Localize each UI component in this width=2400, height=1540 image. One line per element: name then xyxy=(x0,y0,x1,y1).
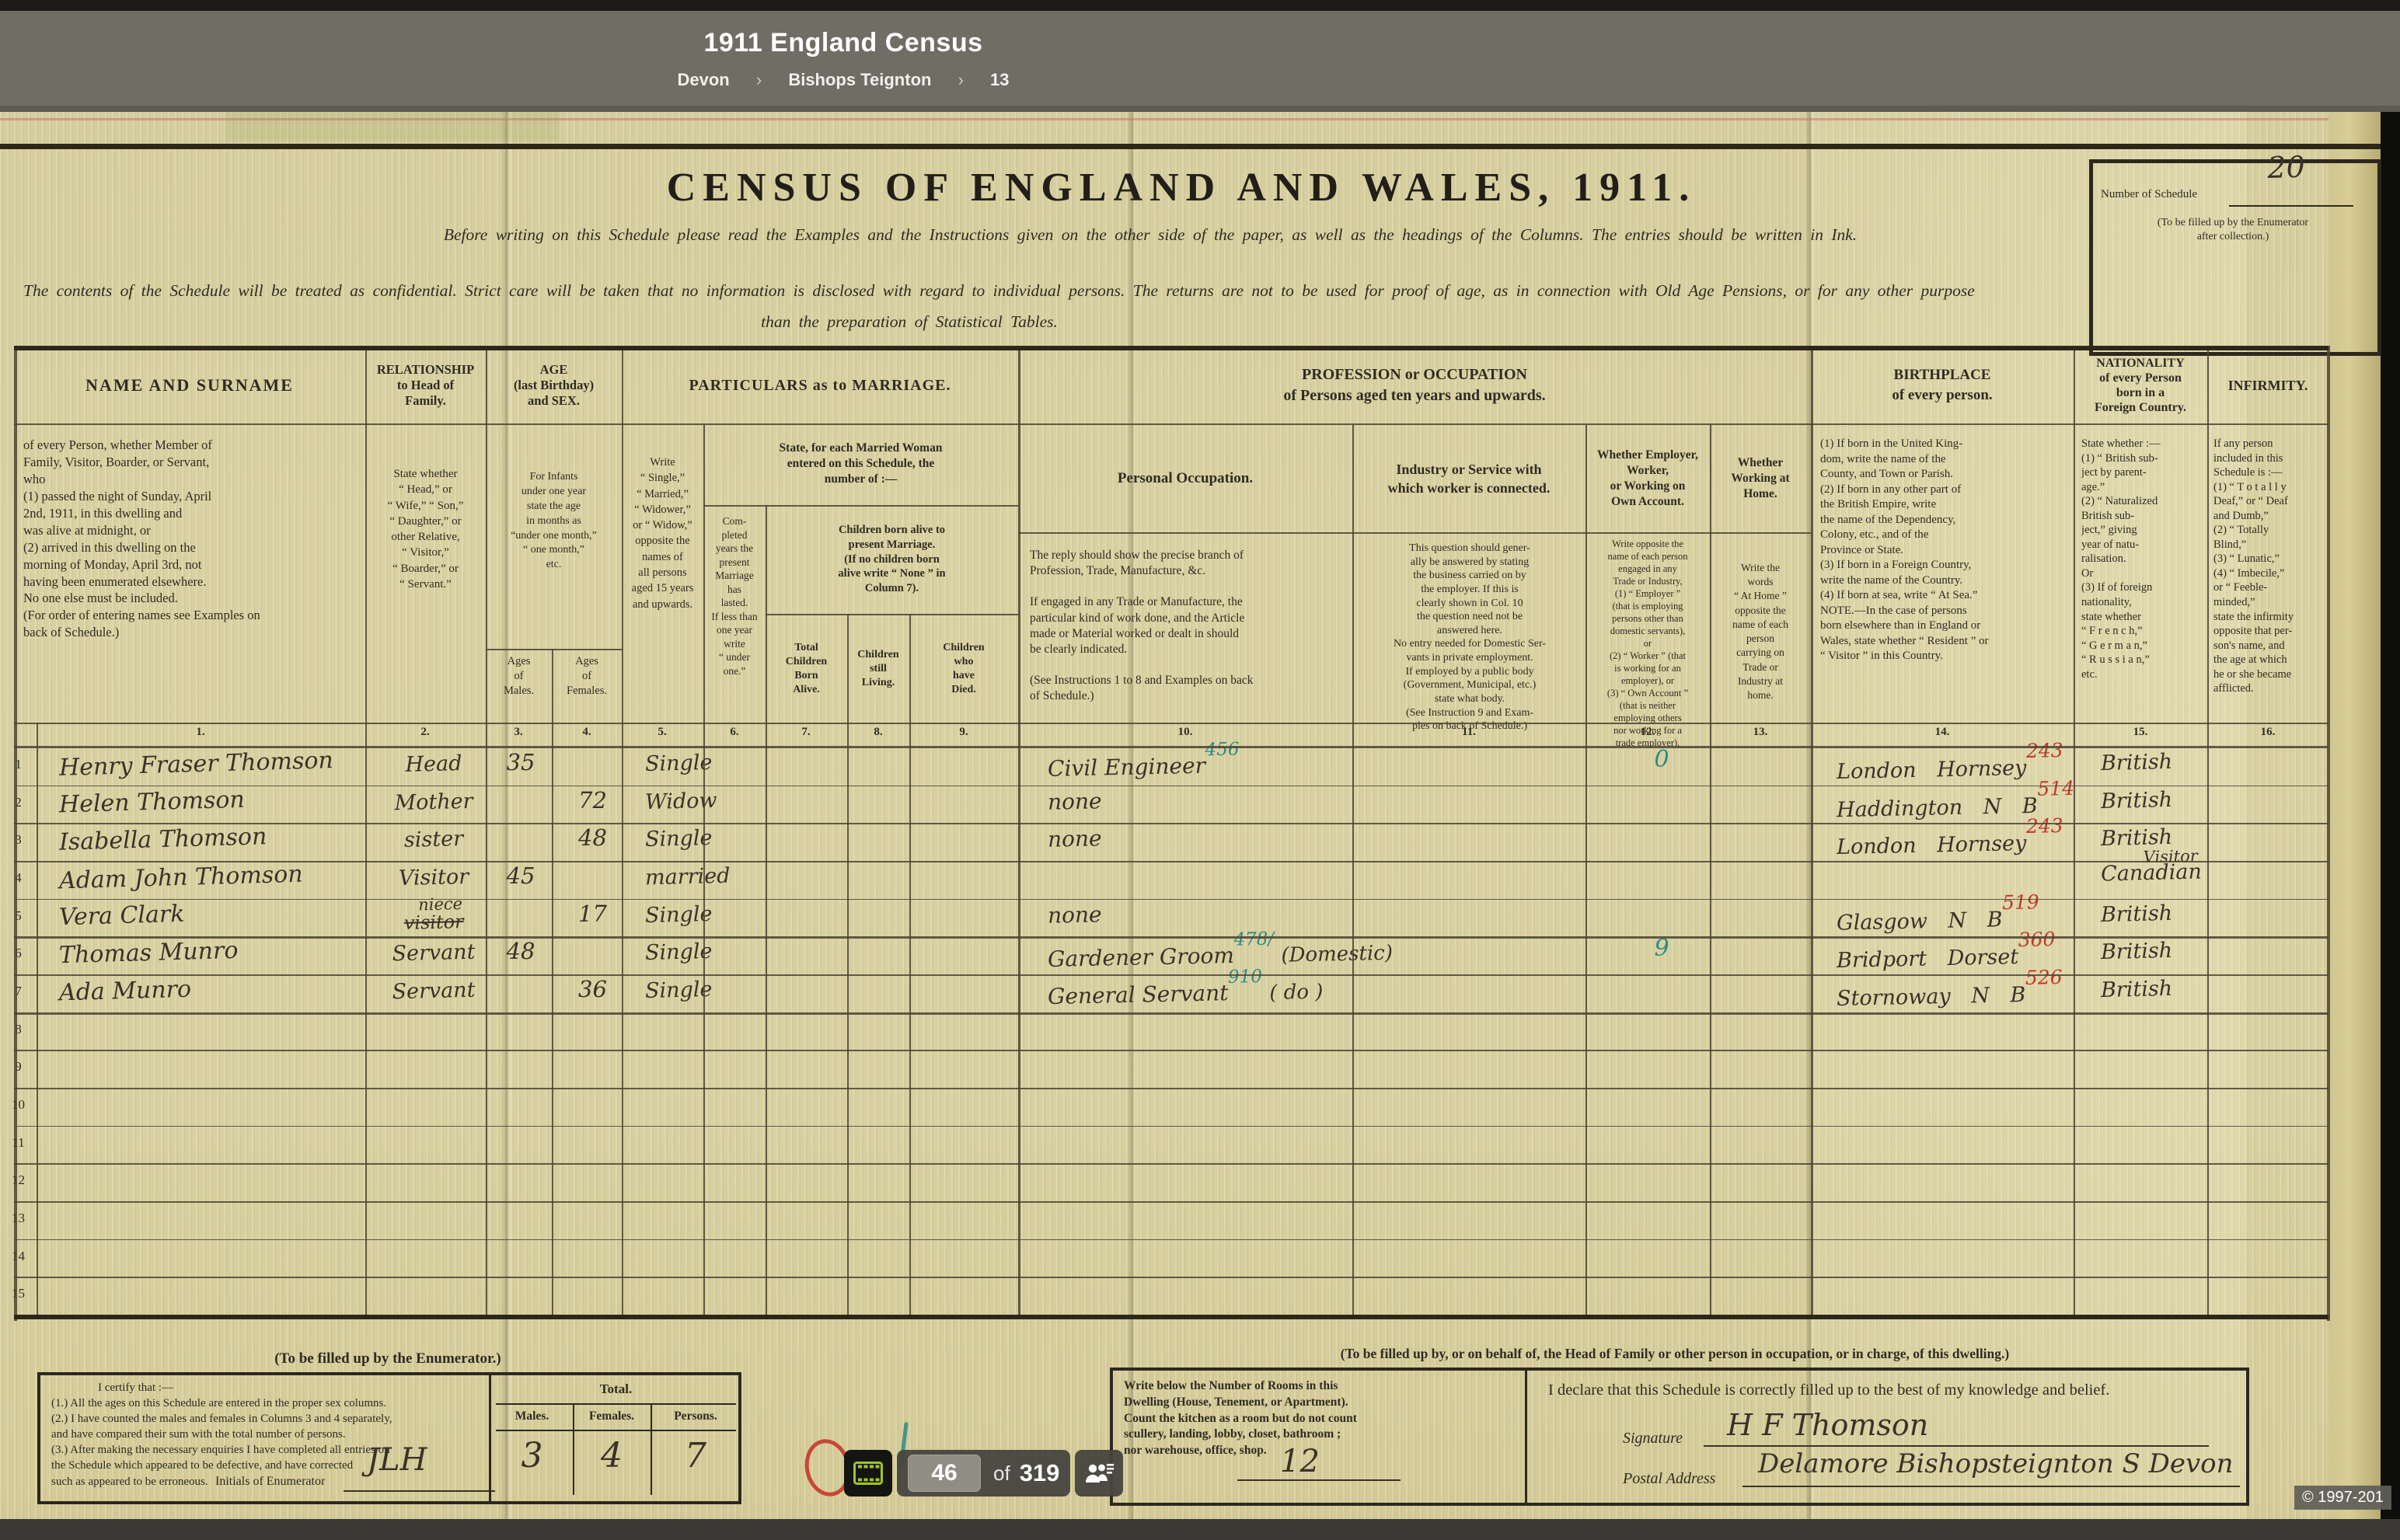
grid-line xyxy=(365,346,367,1315)
grid-line xyxy=(14,974,2328,976)
cell-occupation: Civil Engineer456 xyxy=(1048,748,1240,781)
row-number: 15 xyxy=(0,1286,37,1301)
table-row: 6Thomas MunroServant48SingleGardener Gro… xyxy=(14,938,2328,976)
schedule-number-box: Number of Schedule 20 (To be filled up b… xyxy=(2089,159,2381,356)
cell-relationship: Servant xyxy=(375,939,493,967)
scan-background-edge xyxy=(2381,101,2400,1540)
row-number: 13 xyxy=(0,1211,37,1226)
grid-line xyxy=(14,1315,2328,1319)
cell-name: Adam John Thomson xyxy=(59,861,303,895)
declaration-box-title: (To be filled up by, or on behalf of, th… xyxy=(1108,1346,2242,1362)
cell-relationship: Head xyxy=(375,751,493,778)
column-number: 1. xyxy=(169,726,232,739)
breadcrumb-parish[interactable]: Bishops Teignton xyxy=(788,70,931,89)
col-desc-industry: This question should gener- ally be answ… xyxy=(1359,542,1581,733)
column-number: 2. xyxy=(394,726,456,739)
column-number: 7. xyxy=(775,726,837,739)
rooms-text: Write below the Number of Rooms in this … xyxy=(1124,1378,1516,1459)
cell-occupation: none xyxy=(1048,788,1102,814)
cell-name: Henry Fraser Thomson xyxy=(59,747,334,782)
row-number: 9 xyxy=(0,1059,37,1075)
cell-birthplace: Glasgow N B519 xyxy=(1837,900,2040,935)
cell-birthplace: Bridport Dorset360 xyxy=(1837,937,2056,973)
certify-item-2: (2.) I have counted the males and female… xyxy=(51,1411,487,1442)
cell-age-males: 45 xyxy=(486,862,556,889)
column-number: 6. xyxy=(703,726,766,739)
cell-name: Thomas Munro xyxy=(59,937,239,969)
col-subhead-at-home: Whether Working at Home. xyxy=(1710,425,1811,532)
cell-employer-status: 9 xyxy=(1615,935,1708,962)
cell-nationality: British xyxy=(2101,901,2173,927)
grid-line xyxy=(486,649,622,650)
grid-line xyxy=(2074,346,2075,1315)
cell-name: Isabella Thomson xyxy=(59,824,267,856)
grid-line xyxy=(1710,425,1711,1315)
col-desc-children-born: Total Children Born Alive. xyxy=(766,615,847,723)
cell-occupation: none xyxy=(1048,826,1102,852)
people-index-icon xyxy=(1083,1461,1115,1486)
viewer-bottom-bar xyxy=(0,1519,2400,1540)
copyright-notice: © 1997-201 xyxy=(2294,1486,2391,1510)
col-header-particulars: PARTICULARS as to MARRIAGE. xyxy=(622,347,1018,423)
app-header: 1911 England Census Devon › Bishops Teig… xyxy=(0,0,2400,112)
page-navigator: of 319 xyxy=(897,1450,1070,1496)
cell-name: Ada Munro xyxy=(59,976,192,1007)
grid-line xyxy=(14,786,2328,787)
grid-line xyxy=(703,425,705,1315)
table-row: 4Adam John ThomsonVisitor45marriedVisito… xyxy=(14,862,2328,901)
census-document-image[interactable]: CENSUS OF ENGLAND AND WALES, 1911. Befor… xyxy=(0,101,2400,1540)
grid-line xyxy=(14,1012,2328,1015)
col-header-birthplace: BIRTHPLACE of every person. xyxy=(1811,347,2074,423)
col-header-age: AGE (last Birthday) and SEX. xyxy=(486,347,622,423)
table-row: 13 xyxy=(14,1203,2328,1241)
schedule-number-value: 20 xyxy=(2267,150,2306,185)
breadcrumb: Devon › Bishops Teignton › 13 xyxy=(0,70,1687,90)
table-row: 9 xyxy=(14,1051,2328,1089)
row-number: 6 xyxy=(0,946,37,961)
grid-line xyxy=(14,346,17,1321)
grid-line xyxy=(1352,425,1354,1315)
total-males-value: 3 xyxy=(491,1436,573,1476)
grid-line xyxy=(14,723,2328,724)
signature-value: H F Thomson xyxy=(1727,1408,1928,1442)
of-label: of xyxy=(993,1462,1010,1486)
row-number: 8 xyxy=(0,1022,37,1037)
breadcrumb-separator-icon: › xyxy=(958,70,964,89)
table-row: 2Helen ThomsonMother72WidownoneHaddingto… xyxy=(14,787,2328,825)
cell-age-females: 72 xyxy=(556,787,630,814)
cell-relationship: sister xyxy=(375,826,493,853)
grid-line xyxy=(2207,346,2209,1315)
cell-birthplace: London Hornsey243 xyxy=(1837,748,2064,784)
col-desc-ages-females: Ages of Females. xyxy=(552,654,622,699)
grid-line xyxy=(14,1126,2328,1127)
grid-line xyxy=(14,861,2328,862)
table-row: 11 xyxy=(14,1127,2328,1165)
column-number: 16. xyxy=(2237,726,2299,739)
column-number: 14. xyxy=(1911,726,1973,739)
col-desc-occupation: The reply should show the precise branch… xyxy=(1030,548,1345,704)
grid-line xyxy=(14,1050,2328,1051)
cell-marital-status: Single xyxy=(645,751,713,776)
cell-age-females: 36 xyxy=(556,976,630,1002)
page-title: 1911 England Census xyxy=(0,28,1687,58)
row-number: 11 xyxy=(0,1135,37,1151)
cell-birthplace: Stornoway N B526 xyxy=(1837,975,2063,1011)
column-number: 11. xyxy=(1438,726,1500,739)
form-instruction-1: Before writing on this Schedule please r… xyxy=(47,225,2254,245)
grid-line xyxy=(766,505,767,1315)
grid-line xyxy=(14,1163,2328,1165)
schedule-number-line xyxy=(2229,185,2353,207)
certify-intro: I certify that :— xyxy=(51,1380,487,1395)
col-desc-employer: Write opposite the name of each person e… xyxy=(1589,538,1707,749)
schedule-number-note: (To be filled up by the Enumerator after… xyxy=(2098,216,2368,244)
grid-line xyxy=(486,346,487,1315)
total-pages: 319 xyxy=(1020,1459,1060,1487)
grid-line xyxy=(2327,346,2330,1321)
row-number: 12 xyxy=(0,1172,37,1188)
col-desc-name: of every Person, whether Member of Famil… xyxy=(23,437,356,641)
grid-line xyxy=(14,1239,2328,1241)
table-row: 14 xyxy=(14,1241,2328,1279)
grid-line xyxy=(14,346,2328,350)
row-number: 3 xyxy=(0,832,37,848)
declaration-text: I declare that this Schedule is correctl… xyxy=(1548,1381,2232,1399)
row-number: 10 xyxy=(0,1097,37,1113)
grid-line xyxy=(14,423,2328,425)
row-number: 7 xyxy=(0,984,37,999)
viewer-toolbar: of 319 xyxy=(844,1450,1123,1496)
col-header-name: NAME AND SURNAME xyxy=(14,347,365,423)
cell-age-males: 48 xyxy=(486,938,556,964)
column-number: 15. xyxy=(2109,726,2172,739)
grid-line xyxy=(1018,532,1811,534)
col-desc-relationship: State whether “ Head,” or “ Wife,” “ Son… xyxy=(365,466,486,592)
column-number: 5. xyxy=(631,726,693,739)
col-desc-years-married: Com- pleted years the present Marriage h… xyxy=(703,514,766,678)
col-desc-marital: Write “ Single,” “ Married,” “ Widower,”… xyxy=(622,455,703,612)
grid-line xyxy=(1018,346,1020,1315)
cell-employer-status: 0 xyxy=(1615,746,1708,773)
column-number: 13. xyxy=(1729,726,1791,739)
table-row: 15 xyxy=(14,1278,2328,1316)
col-header-relationship: RELATIONSHIP to Head of Family. xyxy=(365,347,486,423)
initials-value: JLH xyxy=(367,1442,427,1478)
col-desc-age: For Infants under one year state the age… xyxy=(486,470,622,573)
breadcrumb-separator-icon: › xyxy=(756,70,762,89)
col-desc-ages-males: Ages of Males. xyxy=(486,654,552,699)
filmstrip-icon xyxy=(853,1462,883,1485)
cell-name: Helen Thomson xyxy=(59,786,246,818)
grid-line xyxy=(847,614,849,1315)
form-instruction-3: than the preparation of Statistical Tabl… xyxy=(0,312,1819,332)
column-number: 4. xyxy=(556,726,618,739)
cell-occupation: General Servant910 ( do ) xyxy=(1048,974,1324,1009)
cell-age-females: 17 xyxy=(556,901,630,927)
grid-line xyxy=(14,1201,2328,1203)
grid-line xyxy=(0,144,2381,149)
signature-label: Signature xyxy=(1623,1430,1683,1448)
cell-marital-status: Widow xyxy=(645,789,717,814)
cell-marital-status: Single xyxy=(645,902,713,928)
breadcrumb-county[interactable]: Devon xyxy=(677,70,729,89)
cell-nationality: British xyxy=(2101,788,2173,814)
col-subhead-employer: Whether Employer, Worker, or Working on … xyxy=(1585,425,1710,532)
total-females-value: 4 xyxy=(573,1436,651,1476)
col-desc-nationality: State whether :— (1) “ British sub- ject… xyxy=(2081,437,2203,681)
column-number: 3. xyxy=(487,726,549,739)
col-desc-infirmity: If any person included in this Schedule … xyxy=(2213,437,2324,696)
cell-marital-status: Single xyxy=(645,977,713,1003)
enumerator-box-title: (To be filled up by the Enumerator.) xyxy=(37,1350,738,1368)
row-number: 2 xyxy=(0,795,37,810)
cell-nationality: British xyxy=(2101,977,2173,1002)
postal-address-label: Postal Address xyxy=(1623,1470,1715,1488)
col-desc-at-home: Write the words “ At Home ” opposite the… xyxy=(1713,561,1808,702)
children-note: Children born alive to present Marriage.… xyxy=(766,507,1018,612)
row-number: 4 xyxy=(0,870,37,886)
rooms-value: 12 xyxy=(1280,1444,1320,1479)
cell-marital-status: married xyxy=(645,864,731,890)
enumerator-box: I certify that :— (1.) All the ages on t… xyxy=(37,1372,741,1504)
cell-relationship: Visitor xyxy=(375,864,493,891)
grid-line xyxy=(909,614,911,1315)
row-number: 14 xyxy=(0,1249,37,1264)
grid-line xyxy=(14,1088,2328,1089)
row-number: 5 xyxy=(0,908,37,924)
grid-line xyxy=(622,346,623,1315)
page-number-input[interactable] xyxy=(908,1455,981,1492)
grid-line xyxy=(37,723,38,1315)
table-row: 8 xyxy=(14,1014,2328,1052)
cell-relationship: Mother xyxy=(375,789,493,816)
table-row: 3Isabella Thomsonsister48SinglenoneLondo… xyxy=(14,824,2328,862)
cell-marital-status: Single xyxy=(645,939,713,965)
col-desc-birthplace: (1) If born in the United King- dom, wri… xyxy=(1820,437,2067,664)
cell-occupation: Gardener Groom478/ (Domestic) xyxy=(1048,936,1394,973)
form-title: CENSUS OF ENGLAND AND WALES, 1911. xyxy=(637,165,1725,211)
schedule-number-label: Number of Schedule xyxy=(2101,188,2197,201)
initials-label: Initials of Enumerator xyxy=(215,1475,325,1489)
total-col-persons: Persons. xyxy=(651,1409,741,1423)
table-row: 12 xyxy=(14,1165,2328,1203)
grid-line xyxy=(1585,425,1587,1315)
declaration-box: Write below the Number of Rooms in this … xyxy=(1110,1368,2249,1506)
married-woman-note: State, for each Married Woman entered on… xyxy=(703,425,1018,503)
table-row: 7Ada MunroServant36SingleGeneral Servant… xyxy=(14,976,2328,1014)
total-persons-value: 7 xyxy=(651,1436,741,1476)
total-col-females: Females. xyxy=(573,1409,651,1423)
cell-relationship: Servant xyxy=(375,977,493,1005)
cell-marital-status: Single xyxy=(645,826,713,852)
confidential-clause: The contents of the Schedule will be tre… xyxy=(23,281,457,301)
grid-line xyxy=(14,899,2328,901)
cell-nationality: VisitorCanadian xyxy=(2101,852,2203,886)
grid-line xyxy=(14,936,2328,939)
col-subhead-industry: Industry or Service with which worker is… xyxy=(1352,425,1585,532)
cell-nationality: British xyxy=(2101,939,2173,964)
breadcrumb-piece[interactable]: 13 xyxy=(990,70,1009,89)
grid-line xyxy=(14,1277,2328,1278)
cell-name: Vera Clark xyxy=(59,900,185,930)
table-row: 1Henry Fraser ThomsonHead35SingleCivil E… xyxy=(14,749,2328,787)
cell-age-females: 48 xyxy=(556,824,630,851)
grid-line xyxy=(1811,346,1813,1315)
cell-age-males: 35 xyxy=(486,749,556,775)
cell-relationship: niecevisitor xyxy=(375,897,492,935)
form-instruction-2: The contents of the Schedule will be tre… xyxy=(23,281,1975,301)
grid-line xyxy=(552,649,553,1315)
row-number: 1 xyxy=(0,757,37,772)
cell-birthplace: London Hornsey243 xyxy=(1837,824,2064,859)
postal-address-value: Delamore Bishopsteignton S Devon xyxy=(1758,1448,2234,1479)
total-col-males: Males. xyxy=(491,1409,573,1423)
table-row: 10 xyxy=(14,1089,2328,1127)
table-row: 5Vera Clarkniecevisitor17SinglenoneGlasg… xyxy=(14,901,2328,939)
cell-nationality: British xyxy=(2101,750,2173,775)
col-desc-children-living: Children still Living. xyxy=(847,615,909,723)
column-number: 8. xyxy=(847,726,909,739)
grid-line xyxy=(766,614,1018,615)
col-header-profession: PROFESSION or OCCUPATION of Persons aged… xyxy=(1018,347,1811,423)
cell-occupation: none xyxy=(1048,901,1102,928)
column-number: 10. xyxy=(1154,726,1216,739)
col-header-nationality: NATIONALITY of every Person born in a Fo… xyxy=(2074,347,2207,423)
total-title: Total. xyxy=(491,1381,741,1397)
filmstrip-button[interactable] xyxy=(844,1450,892,1496)
column-number: 12. xyxy=(1617,726,1679,739)
col-subhead-occupation: Personal Occupation. xyxy=(1018,425,1352,532)
grid-line xyxy=(703,505,1018,507)
col-desc-children-died: Children who have Died. xyxy=(909,615,1018,723)
col-header-infirmity: INFIRMITY. xyxy=(2207,347,2328,423)
people-index-button[interactable] xyxy=(1075,1450,1123,1496)
certify-item-1: (1.) All the ages on this Schedule are e… xyxy=(51,1395,487,1411)
grid-line xyxy=(14,823,2328,824)
grid-line xyxy=(14,746,2328,748)
instruction-2-rest: Strict care will be taken that no inform… xyxy=(465,281,1975,300)
column-number: 9. xyxy=(933,726,995,739)
